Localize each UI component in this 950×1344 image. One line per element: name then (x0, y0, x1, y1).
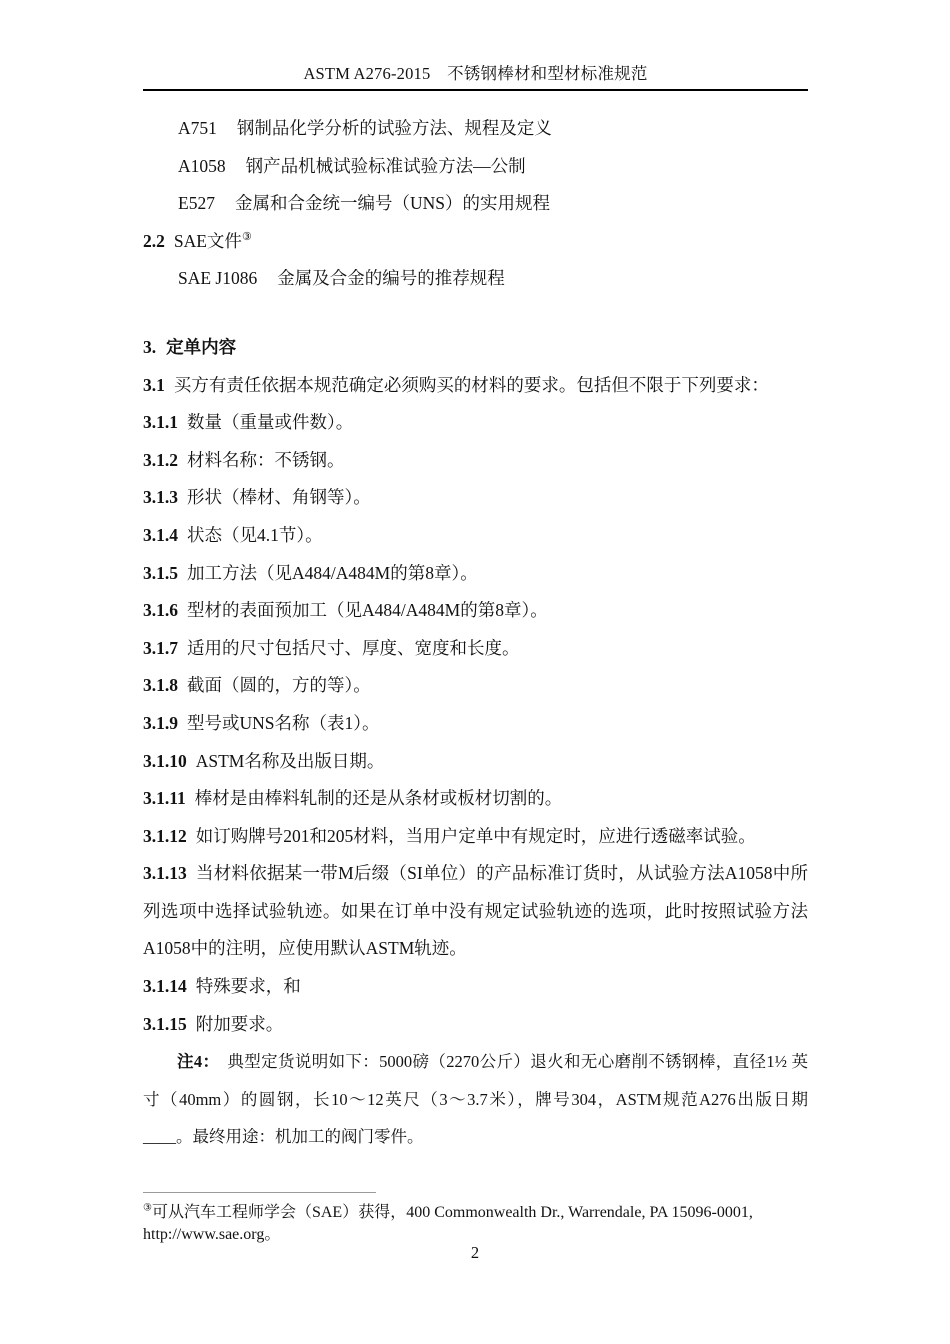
reference-text: 金属和合金统一编号（UNS）的实用规程 (235, 193, 550, 213)
item-text: ASTM名称及出版日期。 (196, 751, 385, 771)
reference-text: 钢制品化学分析的试验方法、规程及定义 (237, 118, 552, 138)
item-text: 状态（见4.1节）。 (187, 525, 323, 545)
item-number: 3.1.8 (143, 675, 178, 695)
section-number: 3. (143, 337, 156, 357)
item-number: 3.1.10 (143, 751, 187, 771)
reference-text: 金属及合金的编号的推荐规程 (277, 268, 505, 288)
footnote-line: ③可从汽车工程师学会（SAE）获得，400 Commonwealth Dr., … (143, 1202, 815, 1246)
page-header: ASTM A276-2015 不锈钢棒材和型材标准规范 (143, 64, 808, 91)
note-4: 注4：典型定货说明如下：5000磅（2270公斤）退火和无心磨削不锈钢棒，直径1… (143, 1043, 808, 1156)
item-text: 适用的尺寸包括尺寸、厚度、宽度和长度。 (187, 638, 520, 658)
item-3-1-1: 3.1.1数量（重量或件数）。 (143, 404, 808, 442)
item-number: 3.1.11 (143, 788, 186, 808)
item-number: 3.1.1 (143, 412, 178, 432)
item-number: 3.1.14 (143, 976, 187, 996)
note-label: 注4： (177, 1052, 219, 1071)
reference-sae-j1086: SAE J1086金属及合金的编号的推荐规程 (143, 260, 808, 298)
item-number: 3.1.7 (143, 638, 178, 658)
item-number: 3.1.12 (143, 826, 187, 846)
item-text: 如订购牌号201和205材料，当用户定单中有规定时，应进行透磁率试验。 (196, 826, 756, 846)
footnote-marker: ③ (143, 1203, 152, 1214)
item-text: 形状（棒材、角钢等）。 (187, 487, 371, 507)
reference-text: 钢产品机械试验标准试验方法—公制 (246, 156, 526, 176)
reference-a1058: A1058钢产品机械试验标准试验方法—公制 (143, 148, 808, 186)
item-3-1-13: 3.1.13当材料依据某一带M后缀（SI单位）的产品标准订货时，从试验方法A10… (143, 855, 808, 968)
item-number: 3.1.13 (143, 863, 187, 883)
section-number: 2.2 (143, 231, 165, 251)
item-number: 3.1.15 (143, 1014, 187, 1034)
item-text: 附加要求。 (196, 1014, 284, 1034)
footnote-marker: ③ (242, 231, 252, 243)
item-3-1-11: 3.1.11棒材是由棒料轧制的还是从条材或板材切割的。 (143, 780, 808, 818)
item-3-1-12: 3.1.12如订购牌号201和205材料，当用户定单中有规定时，应进行透磁率试验… (143, 818, 808, 856)
item-number: 3.1.4 (143, 525, 178, 545)
page-number: 2 (0, 1243, 950, 1263)
header-rule (143, 89, 808, 91)
item-text: 特殊要求，和 (196, 976, 301, 996)
item-3-1-2: 3.1.2材料名称：不锈钢。 (143, 442, 808, 480)
item-number: 3.1.9 (143, 713, 178, 733)
section-label: SAE文件 (174, 231, 242, 251)
item-text: 当材料依据某一带M后缀（SI单位）的产品标准订货时，从试验方法A1058中所列选… (143, 863, 808, 958)
footnote-block: ③可从汽车工程师学会（SAE）获得，400 Commonwealth Dr., … (143, 1192, 815, 1246)
note-text: 典型定货说明如下：5000磅（2270公斤）退火和无心磨削不锈钢棒，直径1½ 英… (143, 1052, 808, 1146)
document-body: A751钢制品化学分析的试验方法、规程及定义 A1058钢产品机械试验标准试验方… (143, 110, 808, 1156)
reference-code: A751 (178, 118, 217, 138)
item-3-1-8: 3.1.8截面（圆的，方的等）。 (143, 667, 808, 705)
item-text: 型号或UNS名称（表1）。 (187, 713, 380, 733)
item-number: 3.1.2 (143, 450, 178, 470)
item-3-1-5: 3.1.5加工方法（见A484/A484M的第8章）。 (143, 555, 808, 593)
section-3-heading: 3.定单内容 (143, 329, 808, 367)
document-page: ASTM A276-2015 不锈钢棒材和型材标准规范 A751钢制品化学分析的… (0, 0, 950, 1344)
item-text: 材料名称：不锈钢。 (187, 450, 345, 470)
header-title: ASTM A276-2015 不锈钢棒材和型材标准规范 (143, 64, 808, 84)
item-text: 数量（重量或件数）。 (187, 412, 353, 432)
item-3-1-3: 3.1.3形状（棒材、角钢等）。 (143, 479, 808, 517)
section-2-2: 2.2SAE文件③ (143, 223, 808, 261)
item-3-1-6: 3.1.6型材的表面预加工（见A484/A484M的第8章）。 (143, 592, 808, 630)
item-number: 3.1 (143, 375, 165, 395)
footnote-text: 可从汽车工程师学会（SAE）获得，400 Commonwealth Dr., W… (143, 1204, 753, 1243)
reference-code: A1058 (178, 156, 226, 176)
item-number: 3.1.5 (143, 563, 178, 583)
item-3-1-4: 3.1.4状态（见4.1节）。 (143, 517, 808, 555)
item-3-1-14: 3.1.14特殊要求，和 (143, 968, 808, 1006)
section-title: 定单内容 (166, 337, 236, 357)
item-3-1-10: 3.1.10ASTM名称及出版日期。 (143, 743, 808, 781)
item-3-1-9: 3.1.9型号或UNS名称（表1）。 (143, 705, 808, 743)
item-text: 截面（圆的，方的等）。 (187, 675, 371, 695)
item-text: 棒材是由棒料轧制的还是从条材或板材切割的。 (195, 788, 563, 808)
item-text: 买方有责任依据本规范确定必须购买的材料的要求。包括但不限于下列要求： (174, 375, 769, 395)
item-3-1: 3.1买方有责任依据本规范确定必须购买的材料的要求。包括但不限于下列要求： (143, 367, 808, 405)
footnote-separator (143, 1192, 376, 1193)
reference-a751: A751钢制品化学分析的试验方法、规程及定义 (143, 110, 808, 148)
item-text: 加工方法（见A484/A484M的第8章）。 (187, 563, 478, 583)
reference-code: SAE J1086 (178, 268, 257, 288)
item-3-1-7: 3.1.7适用的尺寸包括尺寸、厚度、宽度和长度。 (143, 630, 808, 668)
item-text: 型材的表面预加工（见A484/A484M的第8章）。 (187, 600, 548, 620)
item-number: 3.1.6 (143, 600, 178, 620)
reference-e527: E527金属和合金统一编号（UNS）的实用规程 (143, 185, 808, 223)
reference-code: E527 (178, 193, 215, 213)
item-number: 3.1.3 (143, 487, 178, 507)
item-3-1-15: 3.1.15附加要求。 (143, 1006, 808, 1044)
